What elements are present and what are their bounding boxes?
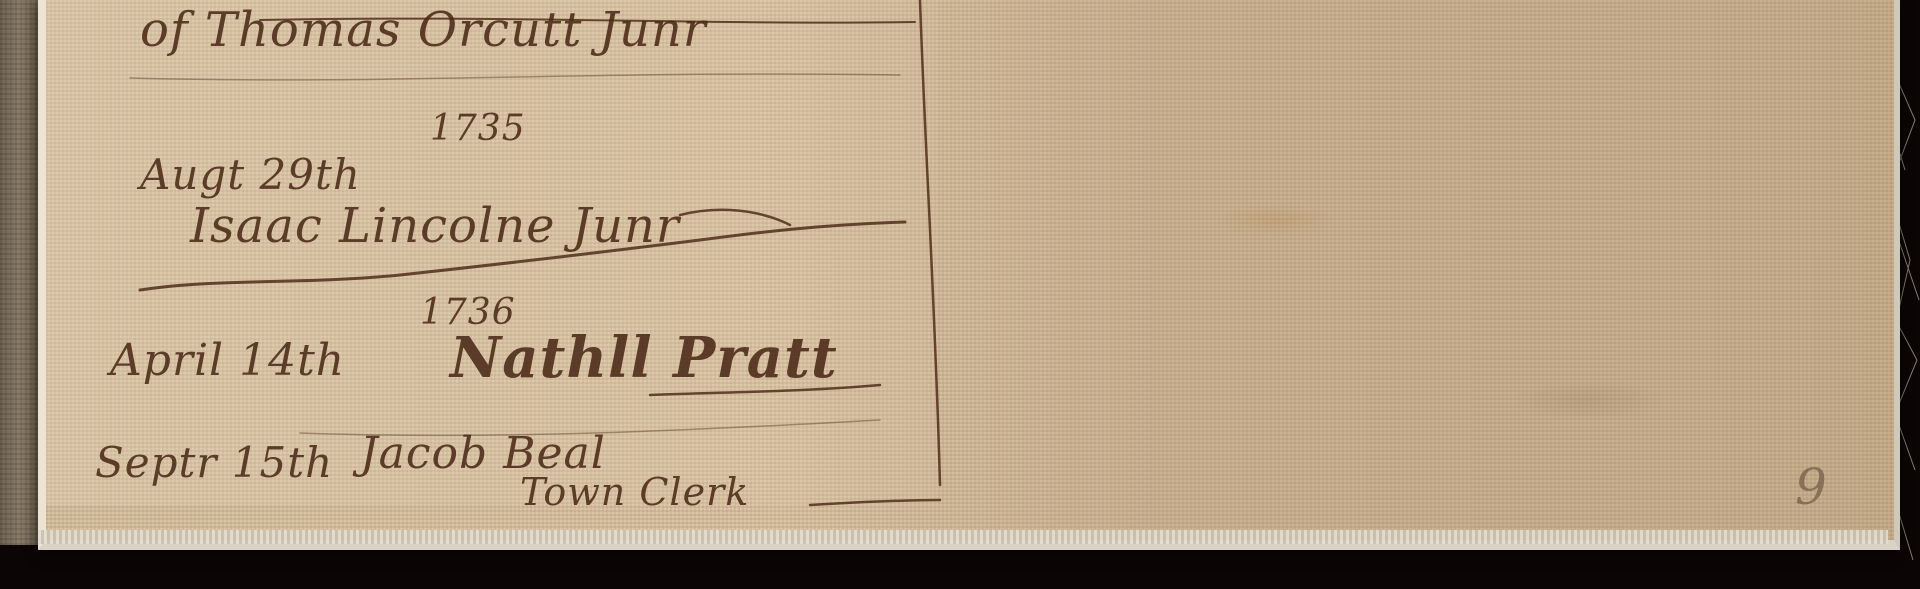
town-clerk-signature: Town Clerk	[520, 470, 749, 514]
entry-3-name: Nathll Pratt	[450, 325, 838, 391]
page-number: 9	[1795, 458, 1827, 516]
entry-3-date: April 14th	[110, 335, 345, 386]
entry-2-year: 1735	[430, 108, 526, 149]
entry-2-date: Augt 29th	[140, 150, 361, 199]
entry-line-1: of Thomas Orcutt Junr	[140, 2, 707, 58]
ink-strokes	[0, 0, 1920, 589]
entry-4-date: Septr 15th	[95, 438, 333, 487]
entry-2-name: Isaac Lincolne Junr	[190, 198, 680, 254]
frayed-bottom-edge	[38, 530, 1888, 544]
